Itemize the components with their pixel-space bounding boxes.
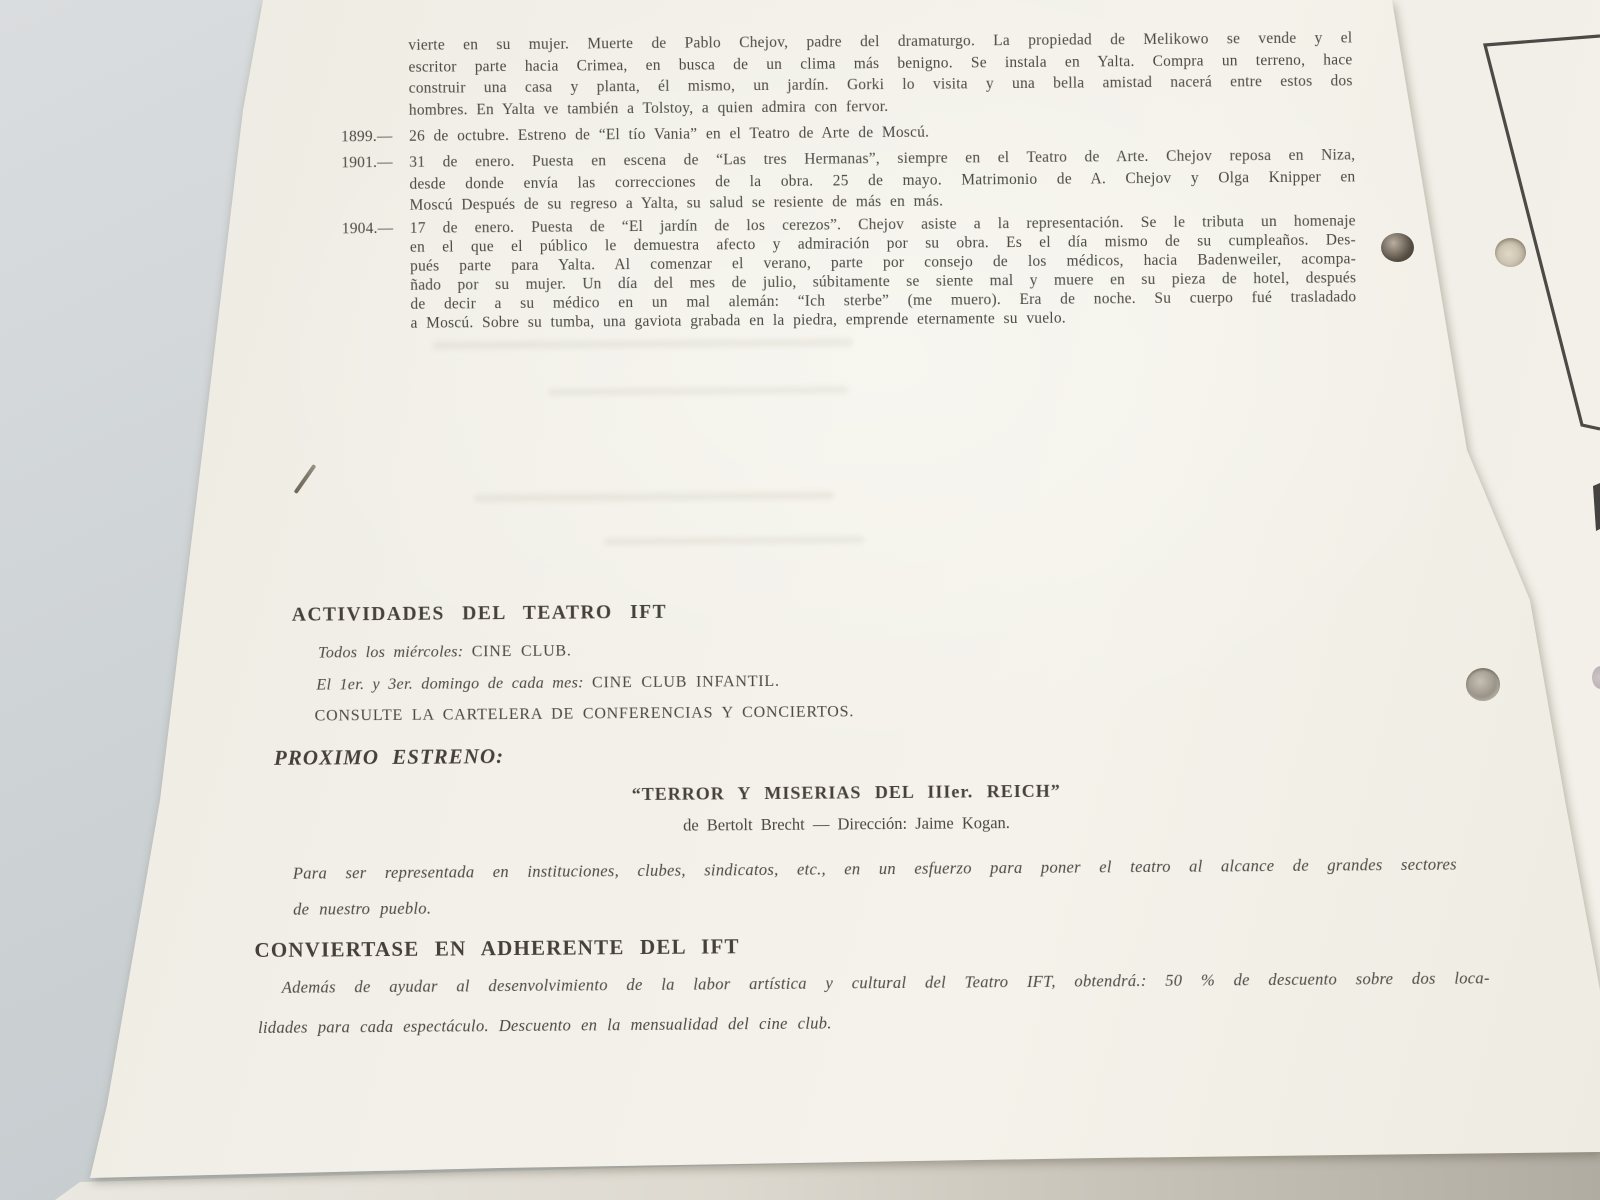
chronology-entry-1899: 1899.— 26 de octubre. Estreno de “El tío… <box>341 118 1355 148</box>
show-through-smudge <box>604 536 864 545</box>
activity-caps: CONSULTE LA CARTELERA DE CONFERENCIAS Y … <box>315 703 855 724</box>
entry-year: 1901.— <box>341 152 393 174</box>
punch-hole-middle-main <box>1466 668 1500 701</box>
play-description: Para ser representada en instituciones, … <box>293 847 1458 928</box>
entry-text: 17 de enero. Puesta de “El jardín de los… <box>410 211 1357 332</box>
membership-title: CONVIERTASE EN ADHERENTE DEL IFT <box>254 934 739 963</box>
activity-caps: CINE CLUB INFANTIL. <box>592 672 780 690</box>
activity-lead: El 1er. y 3er. domingo de cada mes: <box>316 674 583 693</box>
text-line: 26 de octubre. Estreno de “El tío Vania”… <box>409 118 1355 147</box>
entry-text: 26 de octubre. Estreno de “El tío Vania”… <box>409 118 1355 147</box>
chronology-paragraph: vierte en su mujer. Muerte de Pablo Chej… <box>408 27 1353 121</box>
activity-lead: Todos los miércoles: <box>318 643 463 661</box>
entry-text: 31 de enero. Puesta en escena de “Las tr… <box>409 144 1355 216</box>
activity-caps: CINE CLUB. <box>472 643 572 661</box>
upcoming-premiere-title: PROXIMO ESTRENO: <box>274 744 504 771</box>
printed-text-layer: vierte en su mujer. Muerte de Pablo Chej… <box>0 0 1600 1200</box>
activities-title: ACTIVIDADES DEL TEATRO IFT <box>292 602 667 627</box>
activity-item: CONSULTE LA CARTELERA DE CONFERENCIAS Y … <box>315 696 855 732</box>
activity-item: El 1er. y 3er. domingo de cada mes: CINE… <box>316 665 854 701</box>
play-credit: de Bertolt Brecht — Dirección: Jaime Kog… <box>606 812 1086 836</box>
play-title: “TERROR Y MISERIAS DEL IIIer. REICH” <box>606 780 1086 805</box>
show-through-smudge <box>474 491 834 502</box>
entry-year: 1899.— <box>341 126 393 148</box>
punch-hole-top-main <box>1381 233 1414 262</box>
membership-body: Además de ayudar al desenvolvimiento de … <box>258 958 1491 1048</box>
punch-hole-top-back <box>1495 238 1526 267</box>
text-line: lidades para cada espectáculo. Descuento… <box>258 998 1490 1048</box>
chronology-entry-1901: 1901.— 31 de enero. Puesta en escena de … <box>341 144 1355 217</box>
entry-year: 1904.— <box>342 219 394 238</box>
show-through-smudge <box>433 338 853 349</box>
photographed-program-page: vierte en su mujer. Muerte de Pablo Chej… <box>0 0 1600 1200</box>
show-through-smudge <box>548 386 848 395</box>
activities-list: Todos los miércoles: CINE CLUB. El 1er. … <box>314 633 854 732</box>
chronology-entry-1904: 1904.— 17 de enero. Puesta de “El jardín… <box>342 211 1357 333</box>
activity-item: Todos los miércoles: CINE CLUB. <box>318 633 854 669</box>
